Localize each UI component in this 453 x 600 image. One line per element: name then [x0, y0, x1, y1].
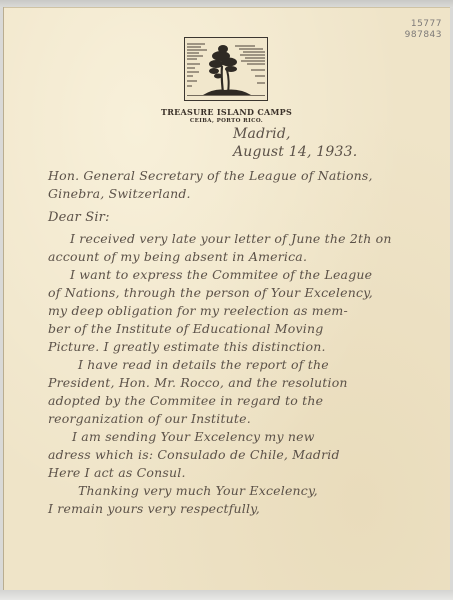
addressee-line-2: Ginebra, Switzerland.: [48, 186, 191, 201]
date-line: August 14, 1933.: [233, 144, 357, 160]
body-line: I received very late your letter of June…: [70, 231, 392, 246]
body-line: I have read in details the report of the: [78, 357, 329, 372]
date-place: Madrid,: [233, 126, 291, 142]
salutation: Dear Sir:: [48, 210, 110, 225]
closing-line: I remain yours very respectfully,: [48, 501, 260, 516]
addressee-line-1: Hon. General Secretary of the League of …: [48, 168, 373, 183]
body-line: President, Hon. Mr. Rocco, and the resol…: [48, 375, 348, 390]
archive-number-2: 987843: [405, 30, 442, 40]
body-line: adress which is: Consulado de Chile, Mad…: [48, 447, 340, 462]
letterhead-subtitle: CEIBA, PORTO RICO.: [0, 118, 453, 124]
body-line: I want to express the Commitee of the Le…: [70, 267, 372, 282]
body-line: account of my being absent in America.: [48, 249, 307, 264]
scan-background-bottom: [0, 590, 453, 600]
body-line: of Nations, through the person of Your E…: [48, 285, 373, 300]
body-line: Picture. I greatly estimate this distinc…: [48, 339, 326, 354]
body-line: Here I act as Consul.: [48, 465, 186, 480]
body-line: I am sending Your Excelency my new: [72, 429, 315, 444]
body-line: my deep obligation for my reelection as …: [48, 303, 348, 318]
archive-number-1: 15777: [411, 19, 442, 29]
body-line: Thanking very much Your Excelency,: [78, 483, 318, 498]
palm-tree-island-icon: [184, 37, 268, 101]
body-line: reorganization of our Institute.: [48, 411, 251, 426]
body-line: ber of the Institute of Educational Movi…: [48, 321, 323, 336]
body-line: adopted by the Commitee in regard to the: [48, 393, 323, 408]
letterhead-title: TREASURE ISLAND CAMPS: [0, 107, 453, 117]
